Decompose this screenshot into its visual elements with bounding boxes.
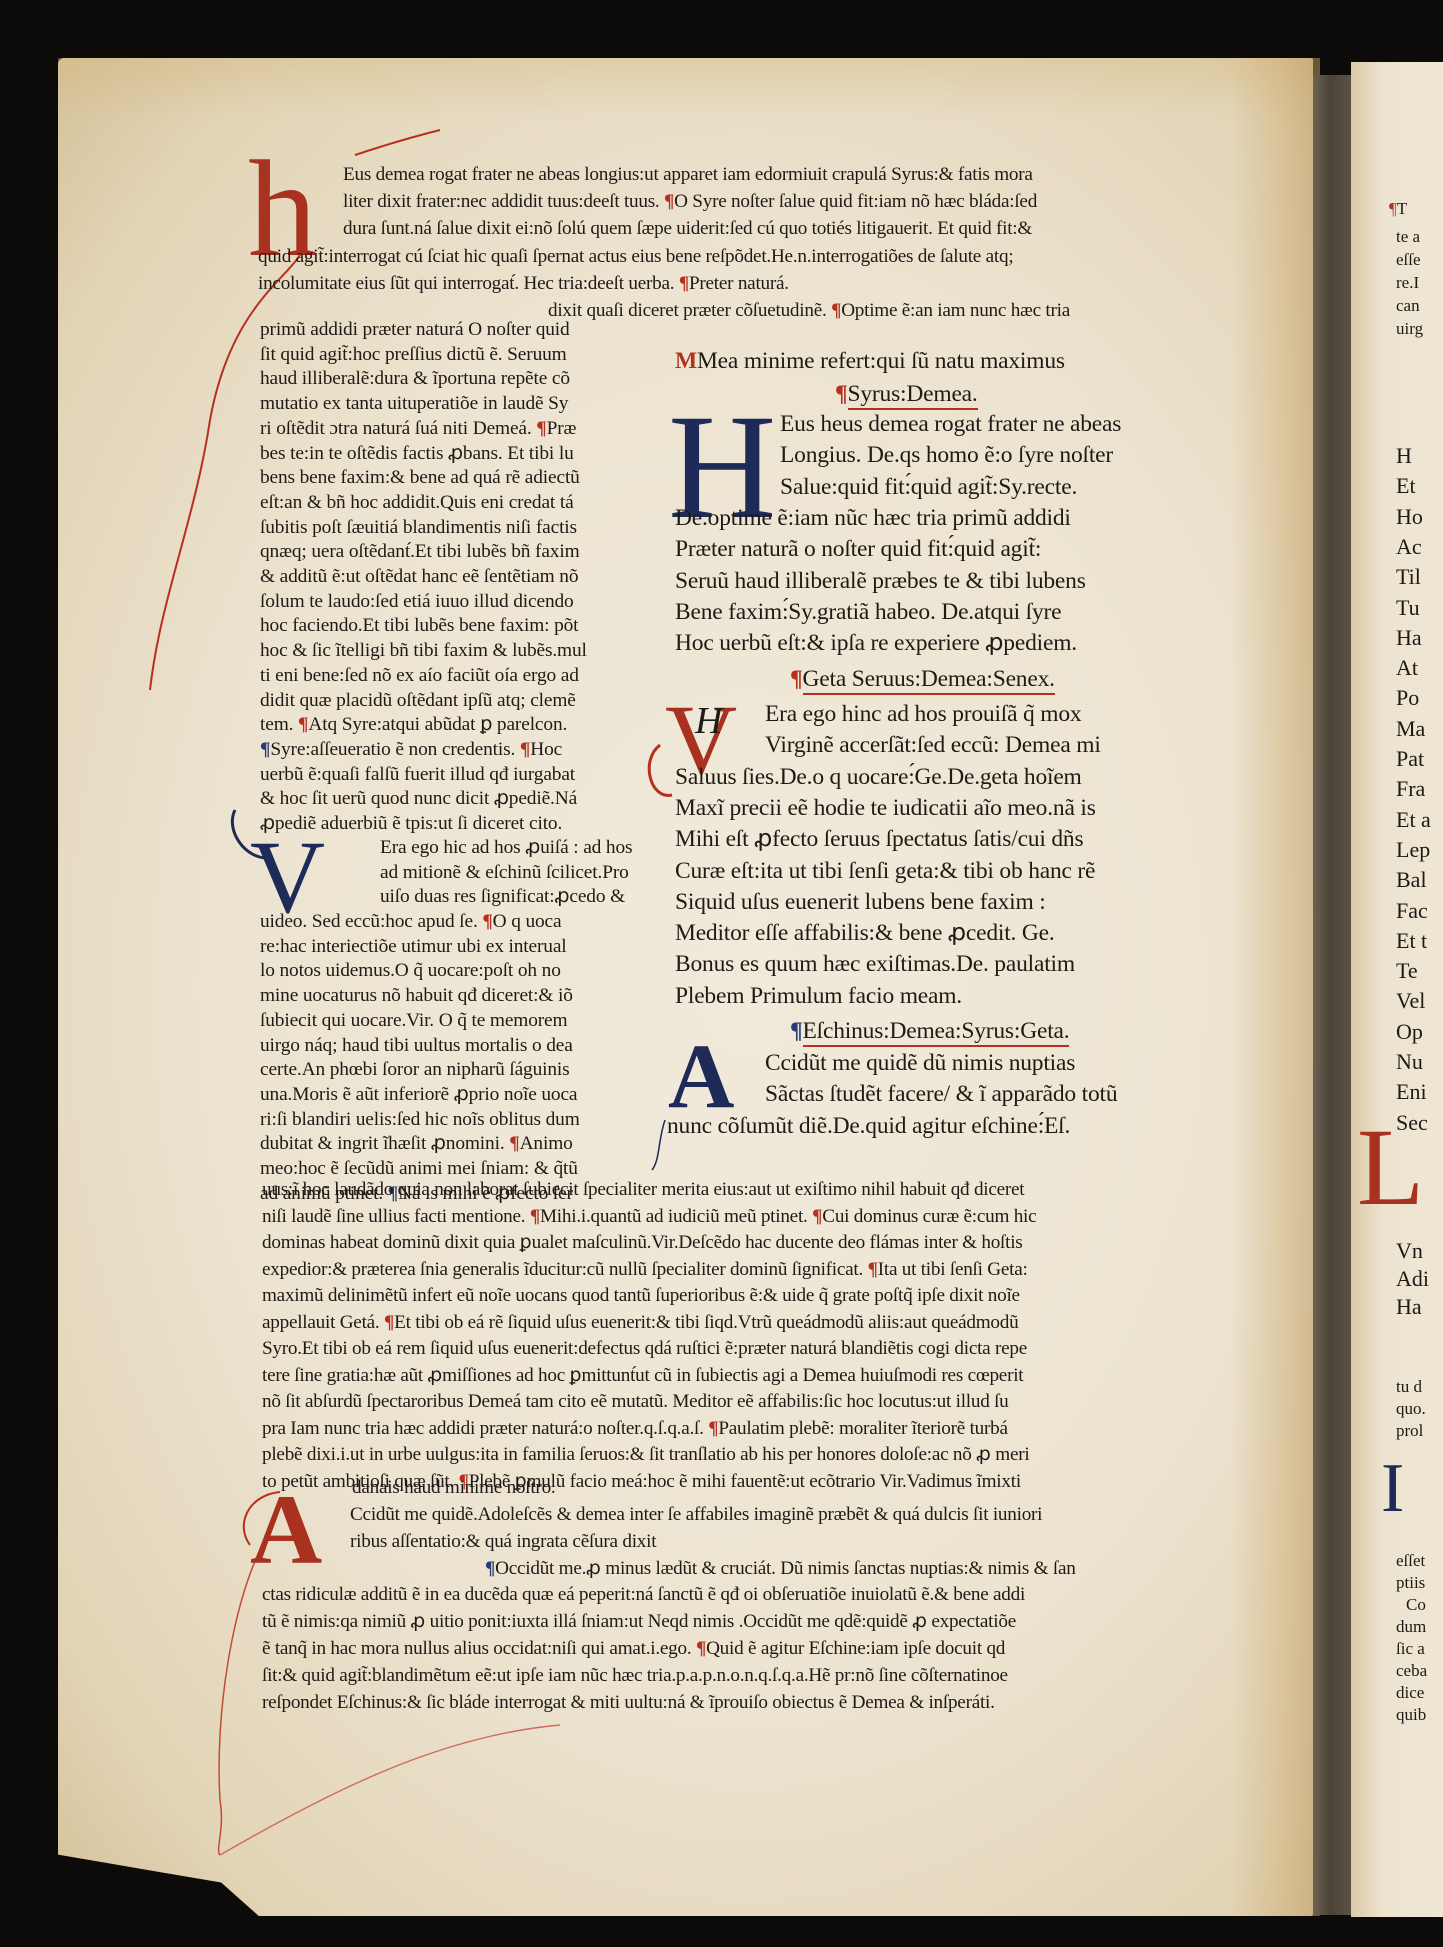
decorated-initial-o: A <box>250 1480 322 1580</box>
text-line: niſi laudẽ ſine ullius facti mentione. ¶… <box>262 1207 1036 1226</box>
paragraph-mark: ¶ <box>536 418 546 439</box>
paragraph-mark: ¶ <box>509 1133 519 1154</box>
text-line: uideo. Sed eccũ:hoc apud ſe. ¶O q uoca <box>260 912 561 931</box>
text-line: appellauit Getá. ¶Et tibi ob eá rẽ ſiqui… <box>262 1313 1018 1332</box>
text-line: certe.An phœbi ſoror an nipharũ ſáguinis <box>260 1060 570 1079</box>
text-line: primũ addidi præter naturá O noſter quid <box>260 320 570 339</box>
text-line: hoc & ſic ĩtelligi bñ tibi faxim & lubẽs… <box>260 641 587 660</box>
text-line: ſubiecit qui uocare.Vir. O q̃ te memorem <box>260 1011 567 1030</box>
decorated-initial-o: A <box>668 1030 734 1122</box>
paragraph-mark: ¶ <box>520 739 530 760</box>
text-line: mutatio ex tanta uituperatiõe in laudẽ S… <box>260 394 568 413</box>
text-line: ſit:& quid agit̃:blandimẽtum eẽ:ut ipſe … <box>262 1666 1008 1685</box>
text-line: una.Moris ẽ aũt inferiorẽ ꝓprio noĩe uoc… <box>260 1085 577 1104</box>
text-line: Saluus ſies.De.o q uocare:́Ge.De.geta ho… <box>675 766 1082 790</box>
text-line: ¶Syre:aſſeueratio ẽ non credentis. ¶Hoc <box>260 740 562 759</box>
paragraph-mark: ¶ <box>790 666 803 692</box>
scene-heading: Syrus:Demea. <box>848 381 978 410</box>
text-line: mine uocaturus nõ habuit qđ diceret:& iõ <box>260 986 573 1005</box>
paragraph-mark: ¶ <box>831 300 841 321</box>
text-line: & hoc ſit uerũ quod nunc dicit ꝓpediẽ.Ná <box>260 789 577 808</box>
text-line: qnæq; uera oſtẽdant́.Et tibi lubẽs bñ fa… <box>260 542 580 561</box>
text-line: nõ ſit abſurdũ ſpectaroribus Demeá tam c… <box>262 1392 1009 1411</box>
text-line: nunc cõſumũt diẽ.De.quid agitur eſchine:… <box>667 1115 1070 1139</box>
paragraph-mark: ¶ <box>696 1638 706 1659</box>
paragraph-mark: ¶ <box>812 1206 822 1227</box>
text-line: ſolum te laudo:ſed etiá iuuo illud dicen… <box>260 592 574 611</box>
paragraph-mark: ¶ <box>384 1312 394 1333</box>
text-line: tem. ¶Atq Syre:atqui abũdat ꝑ parelcon. <box>260 715 567 734</box>
text-line: tere ſine gratia:hæ aũt ꝓmiſſiones ad ho… <box>262 1366 1023 1385</box>
text-line: eſt:an & bñ hoc addidit.Quis eni credat … <box>260 493 574 512</box>
text-line: bens bene faxim:& bene ad quá rẽ adiectũ <box>260 468 580 487</box>
text-line: Salue:quid fit:́quid agit̃:Sy.recte. <box>780 476 1077 500</box>
text-line: Curæ eſt:ita ut tibi ſenſi geta:& tibi o… <box>675 860 1095 884</box>
text-line: re:hac interiectiõe utimur ubi ex interu… <box>260 937 567 956</box>
text-line: Bonus es quum hæc exiſtimas.De. paulatim <box>675 953 1075 977</box>
text-line: pra Iam nunc tria hæc addidi præter natu… <box>262 1419 1008 1438</box>
text-line: Longius. De.qs homo ẽ:o ſyre noſter <box>780 444 1113 468</box>
text-line: uirgo náq; haud tibi uultus mortalis o d… <box>260 1036 573 1055</box>
text-line: ribus aſſentatio:& quá ingrata cẽſura di… <box>350 1532 656 1551</box>
text-line: uiſo duas res ſignificat:ꝓcedo & <box>380 887 625 906</box>
text-line: uus:ĩ hoc laudãdo quia non laborat ſubie… <box>262 1180 1024 1199</box>
text-line: Mihi eſt ꝓfecto ſeruus ſpectatus ſatis/c… <box>675 828 1083 852</box>
paragraph-mark: ¶ <box>260 739 270 760</box>
text-line: Virginẽ accerſãt:ſed eccũ: Demea mi <box>765 734 1101 758</box>
text-line: Siquid uſus euenerit lubens bene faxim : <box>675 891 1046 915</box>
paragraph-mark: ¶ <box>664 191 674 212</box>
paragraph-mark: ¶ <box>298 714 308 735</box>
text-line: ¶Occidũt me.ꝓ minus lædũt & cruciát. Dũ … <box>485 1559 1076 1578</box>
paragraph-mark: ¶ <box>679 273 689 294</box>
text-line: uerbũ ẽ:quaſi falſũ fuerit illud qđ iurg… <box>260 765 575 784</box>
paragraph-mark: ¶ <box>835 381 848 407</box>
text-line: expedior:& præterea ſnia generalis ĩduci… <box>262 1260 1028 1279</box>
text-line: De.optime ẽ:iam nũc hæc tria primũ addid… <box>675 507 1071 531</box>
text-line: Era ego hinc ad hos prouiſã q̃ mox <box>765 703 1081 727</box>
text-line: Plebem Primulum facio meam. <box>675 985 962 1009</box>
text-line: didit quæ placidũ oſtẽdant ipſũ atq; cle… <box>260 691 576 710</box>
text-line: reſpondet Eſchinus:& ſic bláde interroga… <box>262 1693 995 1712</box>
text-line: ſit quid agit̃:hoc preſſius dictũ ẽ. Ser… <box>260 345 567 364</box>
text-line: ad mitionẽ & eſchinũ ſcilicet.Pro <box>380 863 629 882</box>
text-line: Ccidũt me quidẽ dũ nimis nuptias <box>765 1052 1075 1076</box>
paragraph-mark: ¶ <box>530 1206 540 1227</box>
text-line: danais haud minime noſtro. <box>352 1478 555 1497</box>
text-line: plebẽ dixi.i.ut in urbe uulgus:ita in fa… <box>262 1445 1029 1464</box>
text-line: ctas ridiculæ additũ ẽ in ea ducẽda quæ … <box>262 1585 1025 1604</box>
text-line: Præter naturã o noſter quid fit:́quid ag… <box>675 538 1041 562</box>
text-line: hoc faciendo.Et tibi lubẽs bene faxim: p… <box>260 616 578 635</box>
scene-heading: Geta Seruus:Demea:Senex. <box>803 666 1055 695</box>
paragraph-mark: ¶ <box>708 1418 718 1439</box>
text-line: Ccidũt me quidẽ.Adoleſcẽs & demea inter … <box>350 1505 1042 1524</box>
text-line: dubitat & ingrit ĩhæſit ꝓnomini. ¶Animo <box>260 1134 573 1153</box>
text-line: ti eni bene:ſed nõ ex aío faciũt oía erg… <box>260 666 579 685</box>
text-line: ri oſtẽdit ɔtra naturá ſuá niti Demeá. ¶… <box>260 419 576 438</box>
text-line: Bene faxim:́Sy.gratiã habeo. De.atqui ſy… <box>675 601 1061 625</box>
text-line: lo notos uidemus.O q̃ uocare:poſt oh no <box>260 961 561 980</box>
text-line: ẽ tanq̃ in hac mora nullus alius occidat… <box>262 1639 1005 1658</box>
paragraph-mark: ¶ <box>790 1018 803 1044</box>
paragraph-mark: ¶ <box>485 1558 495 1579</box>
text-line: haud illiberalẽ:dura & ĩportuna repẽte c… <box>260 369 570 388</box>
text-line: & additũ ẽ:ut oſtẽdat hanc eẽ ſentẽtiam … <box>260 567 578 586</box>
text-line: Era ego hic ad hos ꝓuiſá : ad hos <box>380 838 632 857</box>
paragraph-mark: ¶ <box>868 1259 878 1280</box>
text-line: ſubitis poſt ſæuitiá blandimentis niſi f… <box>260 518 577 537</box>
text-line: bes te:in te oſtẽdis factis ꝓbans. Et ti… <box>260 444 574 463</box>
text-line: Maxĩ precii eẽ hodie te iudicatii aĩo me… <box>675 797 1096 821</box>
text-line: Meditor eſſe affabilis:& bene ꝓcedit. Ge… <box>675 922 1055 946</box>
text-line: tũ ẽ nimis:qa nimiũ ꝓ uitio ponit:iuxta … <box>262 1612 1016 1631</box>
paragraph-mark: ¶ <box>482 911 492 932</box>
text-line: Hoc uerbũ eſt:& ipſa re experiere ꝓpedie… <box>675 632 1077 656</box>
text-line: maximũ delinimẽtũ infert eũ noĩe uocans … <box>262 1286 1020 1305</box>
text-line: Syro.Et tibi ob eá rem ſiquid uſus euene… <box>262 1339 1027 1358</box>
text-line: ri:ſi blandiri uelis:ſed hic noĩs oblitu… <box>260 1110 580 1129</box>
text-line: meo:hoc ẽ ſecũdũ animi mei ſniam: & q̃tũ <box>260 1159 578 1178</box>
text-line: Eus heus demea rogat frater ne abeas <box>780 413 1121 437</box>
text-line: Seruũ haud illiberalẽ præbes te & tibi l… <box>675 570 1086 594</box>
scene-heading: Eſchinus:Demea:Syrus:Geta. <box>803 1018 1070 1047</box>
text-line: dominas habeat dominũ dixit quia ꝑualet … <box>262 1233 1023 1252</box>
text-line: Sãctas ſtudẽt facere/ & ĩ apparãdo totũ <box>765 1083 1117 1107</box>
